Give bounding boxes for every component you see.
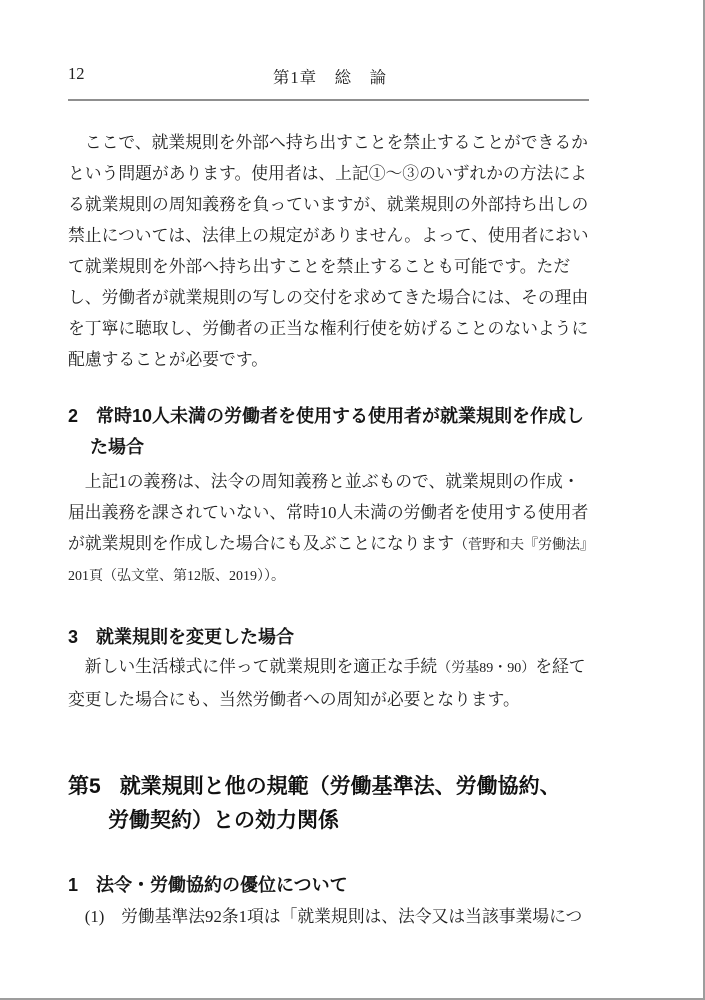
section2-heading-line1: 2 常時10人未満の労働者を使用する使用者が就業規則を作成し: [68, 401, 592, 432]
header-rule: [68, 99, 589, 101]
paragraph-carryover: ここで、就業規則を外部へ持ち出すことを禁止することができるか という問題がありま…: [68, 127, 592, 375]
citation-text: （菅野和夫『労働法』: [454, 538, 594, 553]
text-line: し、労働者が就業規則の写しの交付を求めてきた場合には、その理由: [68, 282, 592, 313]
section5-heading-line1: 第5就業規則と他の規範（労働基準法、労働協約、: [68, 770, 592, 804]
chapter-title: 第1章 総 論: [68, 64, 592, 88]
subsection1-heading-line: 1 法令・労働協約の優位について: [68, 870, 592, 901]
text-line: 上記1の義務は、法令の周知義務と並ぶもので、就業規則の作成・: [68, 466, 592, 497]
text-line: 新しい生活様式に伴って就業規則を適正な手続（労基89・90）を経て: [68, 651, 592, 684]
section2-heading-line2: た場合: [68, 432, 592, 463]
section5-number: 第5: [68, 775, 101, 798]
text-line: (1) 労働基準法92条1項は「就業規則は、法令又は当該事業場につ: [68, 901, 592, 932]
citation-line: 201頁（弘文堂、第12版、2019））。: [68, 561, 592, 592]
book-page: 12 第1章 総 論 ここで、就業規則を外部へ持ち出すことを禁止することができる…: [0, 0, 705, 1000]
subsection1-heading: 1 法令・労働協約の優位について: [68, 870, 592, 901]
text-line: という問題があります。使用者は、上記①～③のいずれかの方法によ: [68, 158, 592, 189]
section3-heading-line: 3 就業規則を変更した場合: [68, 622, 592, 653]
section2-paragraph: 上記1の義務は、法令の周知義務と並ぶもので、就業規則の作成・ 届出義務を課されて…: [68, 466, 592, 592]
running-header: 12 第1章 総 論: [68, 64, 592, 88]
statute-ref-text: （労基89・90）: [437, 661, 535, 676]
text-line: て就業規則を外部へ持ち出すことを禁止することも可能です。ただ: [68, 251, 592, 282]
text-line: ここで、就業規則を外部へ持ち出すことを禁止することができるか: [68, 127, 592, 158]
text-line: 禁止については、法律上の規定がありません。よって、使用者におい: [68, 220, 592, 251]
text-line: 配慮することが必要です。: [68, 344, 592, 375]
text-line: 変更した場合にも、当然労働者への周知が必要となります。: [68, 684, 592, 715]
text-line: る就業規則の周知義務を負っていますが、就業規則の外部持ち出しの: [68, 189, 592, 220]
text-line: 届出義務を課されていない、常時10人未満の労働者を使用する使用者: [68, 497, 592, 528]
section5-title-part1: 就業規則と他の規範（労働基準法、労働協約、: [120, 775, 561, 798]
section3-heading: 3 就業規則を変更した場合: [68, 622, 592, 653]
text-line: が就業規則を作成した場合にも及ぶことになります（菅野和夫『労働法』: [68, 528, 592, 561]
text-segment: が就業規則を作成した場合にも及ぶことになります: [68, 534, 454, 553]
text-segment: を経て: [535, 657, 585, 676]
text-line: を丁寧に聴取し、労働者の正当な権利行使を妨げることのないように: [68, 313, 592, 344]
subsection1-paragraph: (1) 労働基準法92条1項は「就業規則は、法令又は当該事業場につ: [68, 901, 592, 932]
section5-heading-line2: 労働契約）との効力関係: [68, 804, 592, 838]
section2-heading: 2 常時10人未満の労働者を使用する使用者が就業規則を作成し た場合: [68, 401, 592, 463]
text-segment: 新しい生活様式に伴って就業規則を適正な手続: [85, 657, 437, 676]
section5-heading: 第5就業規則と他の規範（労働基準法、労働協約、 労働契約）との効力関係: [68, 770, 592, 838]
section3-paragraph: 新しい生活様式に伴って就業規則を適正な手続（労基89・90）を経て 変更した場合…: [68, 651, 592, 715]
